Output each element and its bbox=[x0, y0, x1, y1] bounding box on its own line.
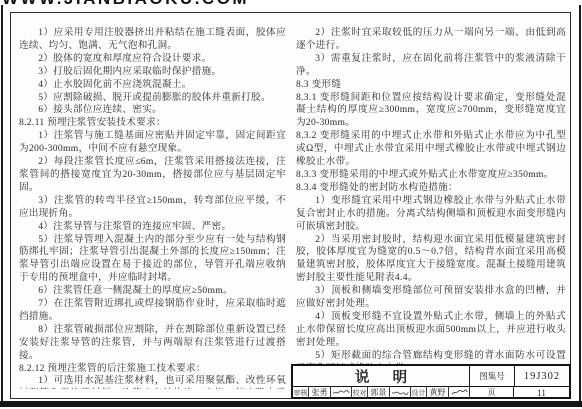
title-block-row-top: 说明 图集号 19J302 bbox=[293, 366, 569, 387]
paragraph: 6）注浆管任意一侧混凝土的厚度应≥50mm。 bbox=[19, 285, 286, 298]
proofreader-name: 郭景 bbox=[368, 387, 390, 398]
paragraph: 2）胶体的宽度和厚度应符合设计要求。 bbox=[19, 53, 286, 66]
designer-signature-icon bbox=[449, 387, 470, 398]
paragraph: 5）注浆导管埋入混凝土内的部分至少应有一处与结构钢筋绑扎牢固；注浆导管引出混凝土… bbox=[19, 234, 286, 286]
drawing-sheet: 1）应采用专用注胶器挤出并粘结在施工缝表面，胶体应连续、均匀、饱满、无气泡和孔洞… bbox=[10, 12, 571, 399]
paragraph: 8.3.2 变形缝采用的中埋式止水带和外贴式止水带应为中孔型或Ω型，中埋式止水带… bbox=[296, 130, 566, 169]
text-column-left: 1）应采用专用注胶器挤出并粘结在施工缝表面，胶体应连续、均匀、饱满、无气泡和孔洞… bbox=[19, 27, 286, 389]
paragraph: 1）可选用水泥基注浆材料，也可采用聚氨酯、改性环氧树脂等化学注浆材料。注浆应在结… bbox=[19, 375, 286, 389]
paragraph: 1）变形缝宜采用中埋式钢边橡胶止水带与外贴式止水带复合密封止水的措施。分离式结构… bbox=[296, 195, 566, 234]
proofreader-label: 校对 bbox=[352, 387, 368, 398]
paragraph: 3）需重复注浆时，应在固化前将注浆管中的浆液清除干净。 bbox=[296, 53, 566, 79]
title-block-row-bottom: 审核 张勇 校对 郭景 设计 黄野 页 11 bbox=[293, 387, 569, 398]
paragraph: 8.2.11 预埋注浆管安装技术要求： bbox=[19, 117, 286, 130]
reviewer-name: 张勇 bbox=[309, 387, 331, 398]
paragraph: 8.3 变形缝 bbox=[296, 79, 566, 92]
paragraph: 8.3.3 变形缝采用的中埋式或外贴式止水带宽度应≥350mm。 bbox=[296, 169, 566, 182]
atlas-number-value: 19J302 bbox=[515, 366, 569, 386]
paragraph: 2）每段注浆管长度应≤6m，注浆管采用搭接法连接，注浆管间的搭接宽度宜为20-3… bbox=[19, 156, 286, 195]
paragraph: 2）当采用密封胶时，结构迎水面宜采用低模量建筑密封胶，胶体厚度宜为缝宽的0.5～… bbox=[296, 234, 566, 286]
sheet-title: 说明 bbox=[293, 366, 470, 386]
paragraph: 6）接头部位应连续、密实。 bbox=[19, 104, 286, 117]
paragraph: 7）在注浆管附近绑扎或焊接钢筋作业时，应采取临时遮挡措施。 bbox=[19, 298, 286, 324]
reviewer-label: 审核 bbox=[293, 387, 309, 398]
outer-border-right bbox=[579, 5, 581, 406]
page-number-label: 页 bbox=[470, 387, 514, 398]
designer-label: 设计 bbox=[411, 387, 427, 398]
paragraph: 1）应采用专用注胶器挤出并粘结在施工缝表面，胶体应连续、均匀、饱满、无气泡和孔洞… bbox=[19, 27, 286, 53]
paragraph: 2）注浆时宜采取较低的压力从一端向另一端、由低到高逐个进行。 bbox=[296, 27, 566, 53]
paragraph: 8.3.4 变形缝处的密封防水构造措施： bbox=[296, 182, 566, 195]
text-column-right: 2）注浆时宜采取较低的压力从一端向另一端、由低到高逐个进行。3）需重复注浆时，应… bbox=[296, 27, 566, 366]
paragraph: 4）顶板变形缝不宜设置外贴式止水带，侧墙上的外贴式止水带保留长度应高出顶板迎水面… bbox=[296, 311, 566, 350]
title-block: 说明 图集号 19J302 审核 张勇 校对 郭景 设计 黄野 页 11 bbox=[291, 364, 571, 399]
paragraph: 3）打胶后固化期内应采取临时保护措施。 bbox=[19, 66, 286, 79]
paragraph: 4）止水胶固化前不应浇筑混凝土。 bbox=[19, 79, 286, 92]
paragraph: 3）注浆管的转弯半径宜≥150mm，转弯部位应平缓，不应出现折角。 bbox=[19, 195, 286, 221]
page-number-value: 11 bbox=[514, 387, 569, 398]
reviewer-signature-icon bbox=[331, 387, 352, 398]
paragraph: 1）注浆管与施工缝基面应密贴并固定牢靠，固定间距宜为200-300mm，中间不应… bbox=[19, 130, 286, 156]
scanned-atlas-page: { "watermark": "WWW.JIANBIAOKU.COM", "co… bbox=[0, 0, 582, 409]
paragraph: 8.3.1 变形缝间距和位置应按结构设计要求确定，变形缝处混凝土结构的厚度应≥3… bbox=[296, 92, 566, 131]
paragraph: 5）应割除破损、脱开或提前膨胀的胶体并重新打胶。 bbox=[19, 92, 286, 105]
paragraph: 4）注浆导管与注浆管的连接应牢固、严密。 bbox=[19, 221, 286, 234]
paragraph: 8）注浆管破损部位应割除，并在割除部位重新设置已经安装好注浆导管的注浆管，并与两… bbox=[19, 324, 286, 363]
site-watermark: WWW.JIANBIAOKU.COM bbox=[2, 0, 249, 9]
atlas-number-label: 图集号 bbox=[470, 366, 515, 386]
designer-name: 黄野 bbox=[427, 387, 449, 398]
paragraph: 3）顶板和侧墙变形缝部位可预留安装排水盒的凹槽，并应做好密封处理。 bbox=[296, 285, 566, 311]
outer-border-left bbox=[1, 5, 3, 406]
outer-border-bottom bbox=[0, 401, 582, 407]
proofreader-signature-icon bbox=[390, 387, 411, 398]
paragraph: 8.2.12 预埋注浆管的后注浆施工技术要求： bbox=[19, 363, 286, 376]
